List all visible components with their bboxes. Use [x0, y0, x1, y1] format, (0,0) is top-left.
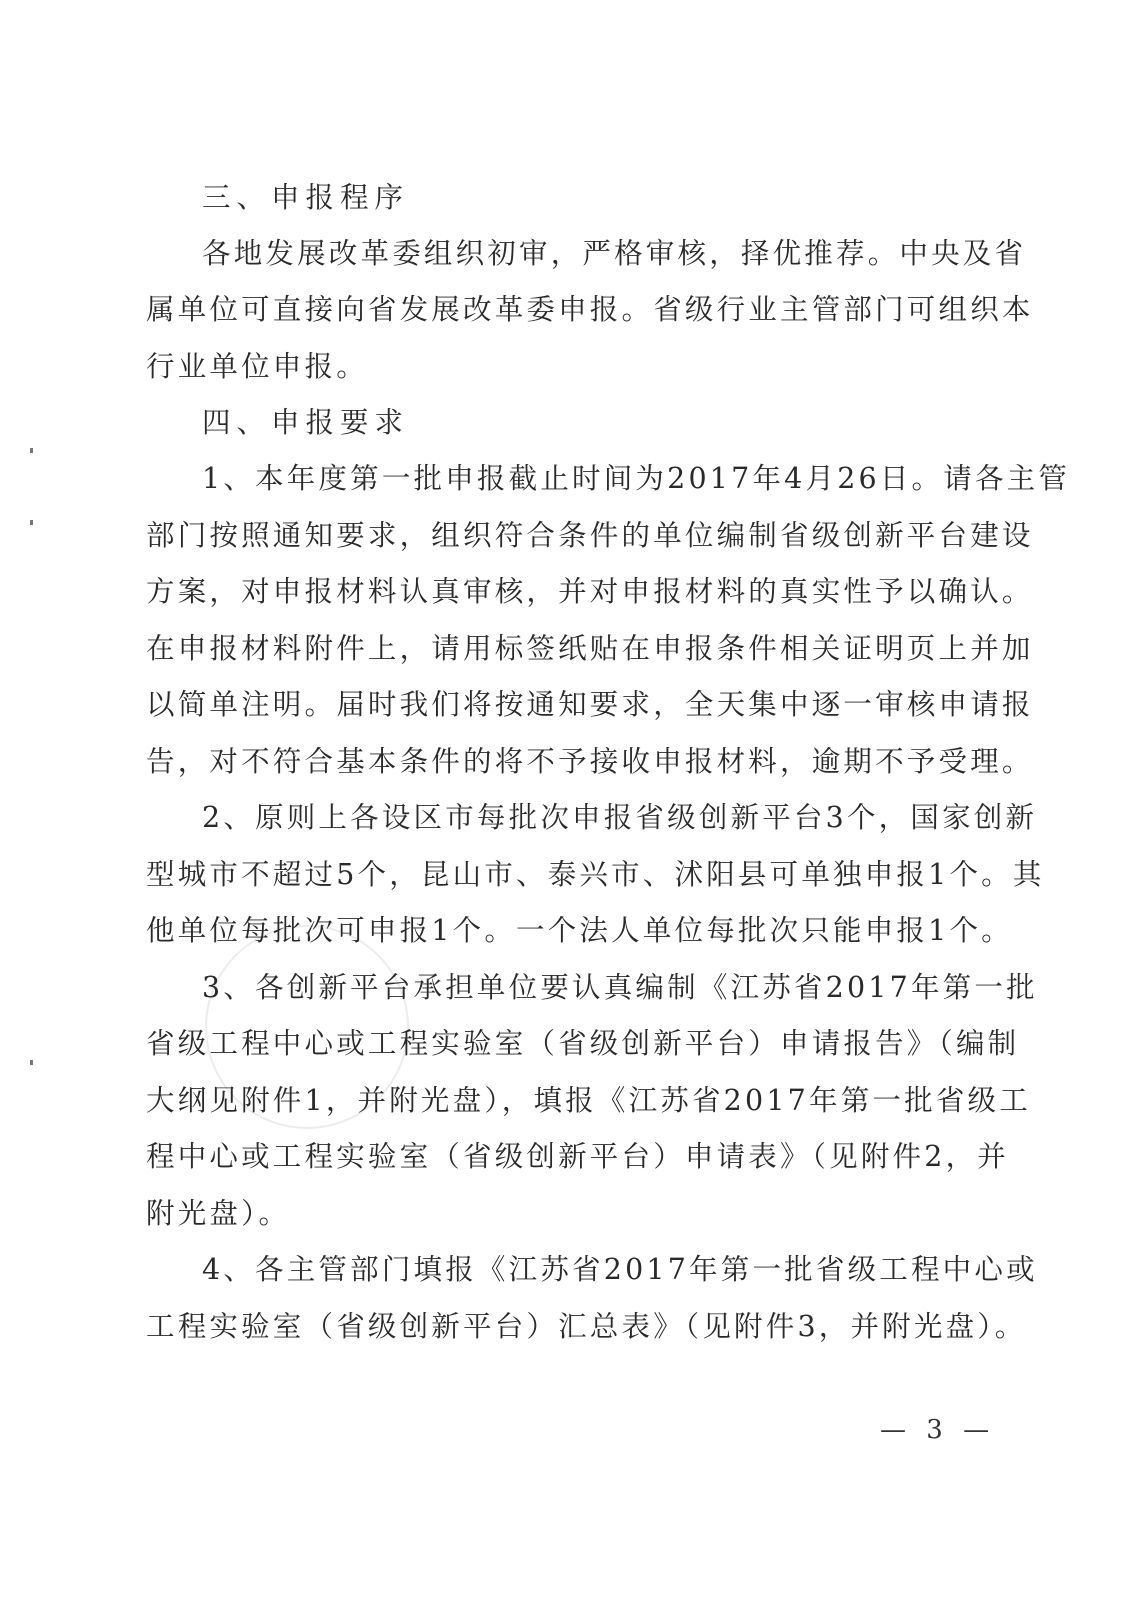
paragraph-line: 程中心或工程实验室（省级创新平台）申请表》（见附件2，并: [146, 1139, 986, 1175]
paragraph-line: 1、本年度第一批申报截止时间为2017年4月26日。请各主管: [202, 461, 1042, 497]
paragraph-line: 大纲见附件1，并附光盘），填报《江苏省2017年第一批省级工: [146, 1083, 986, 1119]
paragraph-line: 以简单注明。届时我们将按通知要求，全天集中逐一审核申请报: [146, 687, 986, 723]
section-heading: 三、申报程序: [202, 180, 1042, 216]
paragraph-line: 各地发展改革委组织初审，严格审核，择优推荐。中央及省: [202, 236, 1042, 272]
paragraph-line: 2、原则上各设区市每批次申报省级创新平台3个，国家创新: [202, 800, 1042, 836]
paragraph-line: 行业单位申报。: [146, 349, 986, 385]
page-number: — 3 —: [880, 1415, 995, 1445]
paragraph-line: 他单位每批次可申报1个。一个法人单位每批次只能申报1个。: [146, 913, 986, 949]
document-page: 三、申报程序各地发展改革委组织初审，严格审核，择优推荐。中央及省属单位可直接向省…: [0, 0, 1127, 1600]
paragraph-line: 附光盘）。: [146, 1196, 986, 1232]
scan-edge-mark: [30, 520, 33, 525]
section-heading: 四、申报要求: [202, 405, 1042, 441]
paragraph-line: 型城市不超过5个，昆山市、泰兴市、沭阳县可单独申报1个。其: [146, 857, 986, 893]
paragraph-line: 告，对不符合基本条件的将不予接收申报材料，逾期不予受理。: [146, 744, 986, 780]
paragraph-line: 在申报材料附件上，请用标签纸贴在申报条件相关证明页上并加: [146, 631, 986, 667]
scan-edge-mark: [30, 1060, 33, 1065]
paragraph-line: 方案，对申报材料认真审核，并对申报材料的真实性予以确认。: [146, 574, 986, 610]
paragraph-line: 4、各主管部门填报《江苏省2017年第一批省级工程中心或: [202, 1252, 1042, 1288]
scan-edge-mark: [30, 448, 33, 453]
paragraph-line: 工程实验室（省级创新平台）汇总表》（见附件3，并附光盘）。: [146, 1309, 986, 1345]
paragraph-line: 省级工程中心或工程实验室（省级创新平台）申请报告》（编制: [146, 1026, 986, 1062]
paragraph-line: 属单位可直接向省发展改革委申报。省级行业主管部门可组织本: [146, 292, 986, 328]
paragraph-line: 3、各创新平台承担单位要认真编制《江苏省2017年第一批: [202, 970, 1042, 1006]
paragraph-line: 部门按照通知要求，组织符合条件的单位编制省级创新平台建设: [146, 518, 986, 554]
